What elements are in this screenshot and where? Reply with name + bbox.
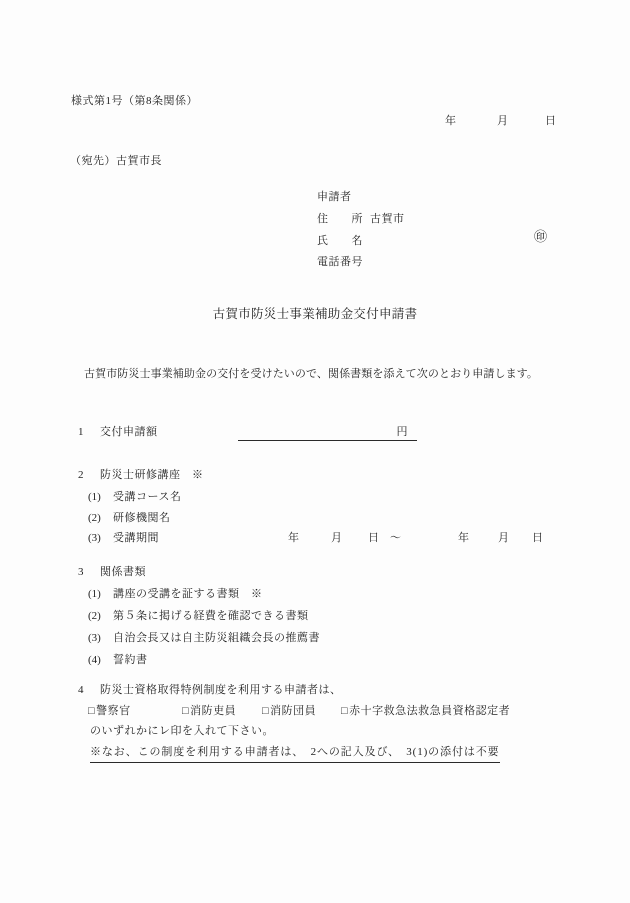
item-label: 自治会長又は自主防災組織会長の推薦書 <box>113 632 320 644</box>
checkbox-row: □警察官 □消防吏員 □消防団員 □赤十字救急法救急員資格認定者 <box>0 702 630 718</box>
section-1-label: 交付申請額 <box>100 426 158 438</box>
section-3-heading: 3関係書類 <box>78 563 146 579</box>
item-label: 講座の受講を証する書類 ※ <box>113 588 263 600</box>
date-day-label: 日 <box>545 112 557 128</box>
item-number: (2) <box>88 610 113 622</box>
checkbox-label: 消防団員 <box>270 705 316 717</box>
item-number: (4) <box>88 654 113 666</box>
date-year-label: 年 <box>445 112 457 128</box>
section-3-item-4: (4)誓約書 <box>88 651 148 667</box>
checkbox-option-police[interactable]: □警察官 <box>88 702 131 718</box>
period-end-month-label: 月 <box>498 529 510 545</box>
section-2-number: 2 <box>78 469 100 481</box>
addressee: （宛先）古賀市長 <box>70 152 162 168</box>
section-3-number: 3 <box>78 566 100 578</box>
item-label: 研修機関名 <box>113 512 171 524</box>
checkbox-label: 消防吏員 <box>190 705 236 717</box>
item-number: (1) <box>88 491 113 503</box>
amount-unit-label: 円 <box>397 426 409 438</box>
section-4-label: 防災士資格取得特例制度を利用する申請者は、 <box>100 684 342 696</box>
amount-fill-line[interactable]: 円 <box>238 423 417 441</box>
checkbox-label: 赤十字救急法救急員資格認定者 <box>349 705 510 717</box>
item-number: (2) <box>88 512 113 524</box>
item-label: 受講コース名 <box>113 491 181 503</box>
section-3-item-1: (1)講座の受講を証する書類 ※ <box>88 585 263 601</box>
date-month-label: 月 <box>497 112 509 128</box>
section-2-item-2: (2)研修機関名 <box>88 509 171 525</box>
seal-mark: ㊞ <box>534 226 547 245</box>
intro-paragraph: 古賀市防災士事業補助金の交付を受けたいので、関係書類を添えて次のとおり申請します… <box>84 365 538 381</box>
checkbox-option-redcross[interactable]: □赤十字救急法救急員資格認定者 <box>341 702 510 718</box>
phone-label: 電話番号 <box>317 253 363 269</box>
checkbox-label: 警察官 <box>96 705 131 717</box>
checkbox-instruction: のいずれかにレ印を入れて下さい。 <box>90 722 274 738</box>
checkbox-option-fire-brigade[interactable]: □消防団員 <box>262 702 316 718</box>
applicant-name-row: 氏 名 <box>317 232 363 248</box>
checkbox-icon[interactable]: □ <box>262 705 269 717</box>
period-start-day-label: 日 <box>368 529 380 545</box>
date-line: 年 月 日 <box>0 112 630 128</box>
item-number: (1) <box>88 588 113 600</box>
checkbox-icon[interactable]: □ <box>88 705 95 717</box>
item-number: (3) <box>88 632 113 644</box>
item-label: 第５条に掲げる経費を確認できる書類 <box>113 610 309 622</box>
checkbox-icon[interactable]: □ <box>341 705 348 717</box>
item-label: 誓約書 <box>113 654 148 666</box>
period-tilde: ～ <box>390 529 402 545</box>
section-3-item-2: (2)第５条に掲げる経費を確認できる書類 <box>88 607 309 623</box>
period-start-month-label: 月 <box>331 529 343 545</box>
address-label: 住 所 <box>317 213 363 225</box>
checkbox-option-fire-official[interactable]: □消防吏員 <box>182 702 236 718</box>
period-end-day-label: 日 <box>532 529 544 545</box>
application-form-page: 様式第1号（第8条関係） 年 月 日 （宛先）古賀市長 申請者 住 所古賀市 氏… <box>0 0 630 903</box>
exemption-note: ※なお、この制度を利用する申請者は、 2への記入及び、 3(1)の添付は不要 <box>90 743 500 763</box>
course-period-fields: 年 月 日 ～ 年 月 日 <box>0 529 630 545</box>
period-start-year-label: 年 <box>288 529 300 545</box>
page-title: 古賀市防災士事業補助金交付申請書 <box>0 304 630 322</box>
section-2-item-1: (1)受講コース名 <box>88 488 181 504</box>
name-label: 氏 名 <box>317 235 363 247</box>
applicant-address-row: 住 所古賀市 <box>317 210 405 226</box>
section-2-label: 防災士研修講座 ※ <box>100 469 204 481</box>
section-3-label: 関係書類 <box>100 566 146 578</box>
applicant-heading: 申請者 <box>317 188 352 204</box>
section-3-item-3: (3)自治会長又は自主防災組織会長の推薦書 <box>88 629 320 645</box>
address-value: 古賀市 <box>370 213 405 225</box>
section-1-heading: 1交付申請額 <box>78 423 158 439</box>
section-4-heading: 4防災士資格取得特例制度を利用する申請者は、 <box>78 681 342 697</box>
checkbox-icon[interactable]: □ <box>182 705 189 717</box>
section-2-heading: 2防災士研修講座 ※ <box>78 466 204 482</box>
form-number: 様式第1号（第8条関係） <box>71 92 198 108</box>
period-end-year-label: 年 <box>458 529 470 545</box>
section-1-number: 1 <box>78 426 100 438</box>
section-4-number: 4 <box>78 684 100 696</box>
